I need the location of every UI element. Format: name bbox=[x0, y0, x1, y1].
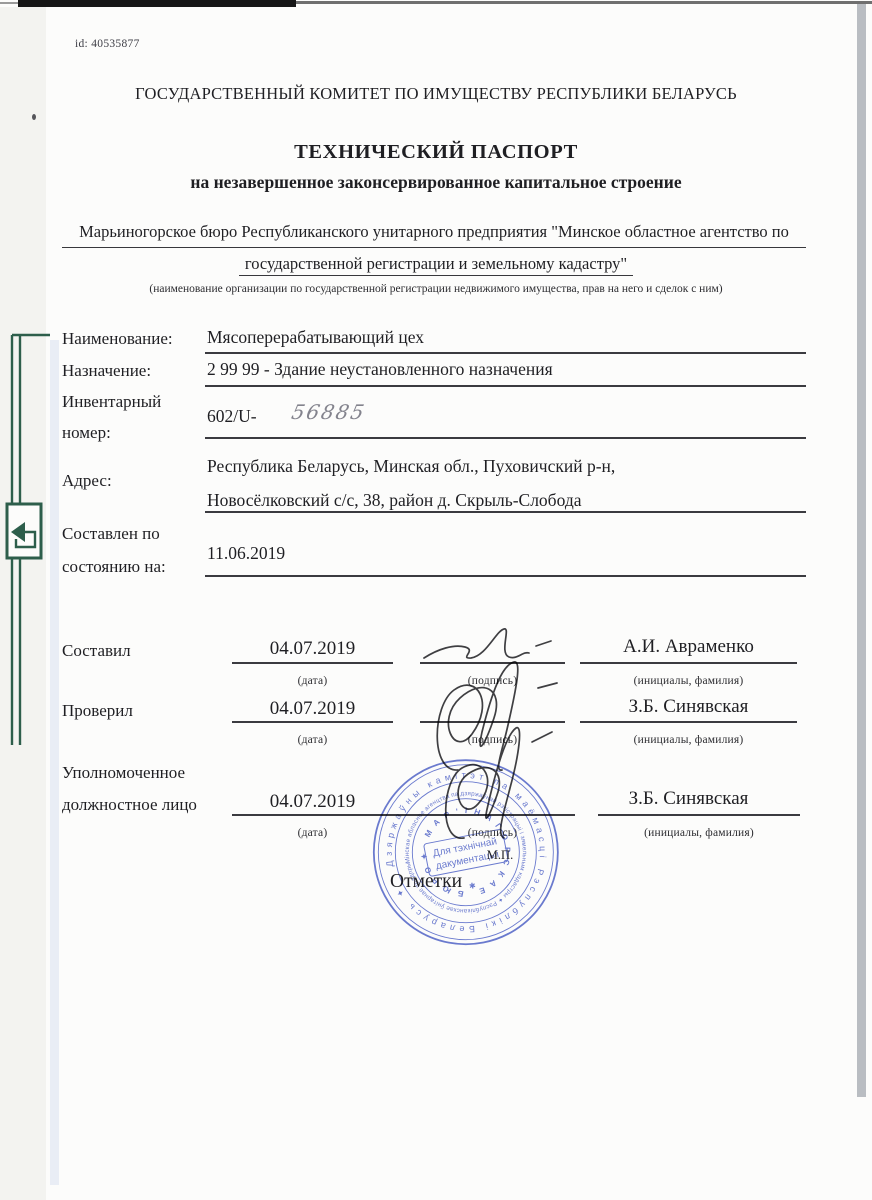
field-value-inventory-handwritten: 56885 bbox=[289, 400, 368, 424]
field-rule bbox=[205, 385, 806, 387]
organization-name-line2-wrap: государственной регистрации и земельному… bbox=[40, 254, 832, 276]
document-page: id: 40535877 ГОСУДАРСТВЕННЫЙ КОМИТЕТ ПО … bbox=[0, 0, 872, 1200]
scan-artifact-left-shadow bbox=[50, 340, 59, 1185]
field-label-purpose: Назначение: bbox=[62, 361, 151, 381]
signature-date: 04.07.2019 bbox=[232, 639, 393, 660]
field-label-address: Адрес: bbox=[62, 471, 112, 491]
signature-name-line bbox=[580, 721, 797, 723]
date-caption: (дата) bbox=[232, 675, 393, 687]
signature-role-line2: должностное лицо bbox=[62, 795, 197, 815]
signature-date: 04.07.2019 bbox=[232, 699, 393, 720]
field-value-survey-date: 11.06.2019 bbox=[207, 543, 285, 564]
field-label-inventory-line1: Инвентарный bbox=[62, 392, 161, 412]
field-label-inventory-line2: номер: bbox=[62, 423, 111, 443]
organization-name-line1: Марьиногорское бюро Республиканского уни… bbox=[62, 222, 806, 248]
signature-name: А.И. Авраменко bbox=[580, 637, 797, 658]
field-value-address-line1: Республика Беларусь, Минская обл., Пухов… bbox=[207, 456, 615, 477]
document-subtitle: на незавершенное законсервированное капи… bbox=[40, 172, 832, 193]
name-caption: (инициалы, фамилия) bbox=[580, 734, 797, 746]
stamp-center-star: ✱ bbox=[468, 881, 477, 891]
document-title: ТЕХНИЧЕСКИЙ ПАСПОРТ bbox=[40, 141, 832, 164]
date-caption: (дата) bbox=[232, 734, 393, 746]
name-caption: (инициалы, фамилия) bbox=[598, 827, 800, 839]
signature-scribble-row1 bbox=[424, 629, 529, 658]
document-header: ГОСУДАРСТВЕННЫЙ КОМИТЕТ ПО ИМУЩЕСТВУ РЕС… bbox=[40, 84, 832, 104]
field-value-inventory-printed: 602/U- bbox=[207, 406, 257, 427]
signature-role-line1: Уполномоченное bbox=[62, 763, 185, 783]
signature-caption: (подпись) bbox=[420, 827, 565, 839]
field-label-date-line1: Составлен по bbox=[62, 524, 160, 544]
signature-scribble-row1-dash bbox=[536, 641, 551, 646]
scan-artifact-speck bbox=[32, 114, 36, 120]
signature-name: З.Б. Синявская bbox=[580, 789, 797, 810]
scan-artifact-top-bar-thin bbox=[296, 1, 872, 4]
field-label-date-line2: состоянию на: bbox=[62, 557, 166, 577]
scan-artifact-right-edge bbox=[857, 4, 866, 1097]
field-value-purpose: 2 99 99 - Здание неустановленного назнач… bbox=[207, 359, 553, 380]
organization-name-line2: государственной регистрации и земельному… bbox=[239, 254, 633, 276]
signature-scribble-row2-dash bbox=[538, 683, 557, 688]
field-rule bbox=[205, 575, 806, 577]
mp-label: М.П. bbox=[455, 848, 545, 863]
signature-name-line bbox=[598, 814, 800, 816]
field-label-name: Наименование: bbox=[62, 329, 173, 349]
signature-scribble-row2 bbox=[437, 662, 518, 770]
scan-artifact-top-bar bbox=[18, 0, 296, 7]
organization-note: (наименование организации по государстве… bbox=[40, 283, 832, 295]
signature-scribble-row3-dash bbox=[532, 732, 552, 742]
name-caption: (инициалы, фамилия) bbox=[580, 675, 797, 687]
signature-date-line bbox=[232, 721, 393, 723]
handwritten-signatures bbox=[380, 618, 600, 853]
marks-label: Отметки bbox=[390, 871, 462, 893]
field-value-name: Мясоперерабатывающий цех bbox=[207, 327, 424, 348]
field-rule bbox=[205, 511, 806, 513]
signature-name: З.Б. Синявская bbox=[580, 697, 797, 718]
field-rule bbox=[205, 437, 806, 439]
signature-role: Проверил bbox=[62, 701, 133, 721]
binder-emblem bbox=[0, 328, 50, 753]
signature-role: Составил bbox=[62, 641, 131, 661]
field-value-address-line2: Новосёлковский с/с, 38, район д. Скрыль-… bbox=[207, 490, 582, 511]
signature-name-line bbox=[580, 662, 797, 664]
signature-date-line bbox=[232, 662, 393, 664]
field-rule bbox=[205, 352, 806, 354]
scan-id: id: 40535877 bbox=[75, 38, 140, 50]
